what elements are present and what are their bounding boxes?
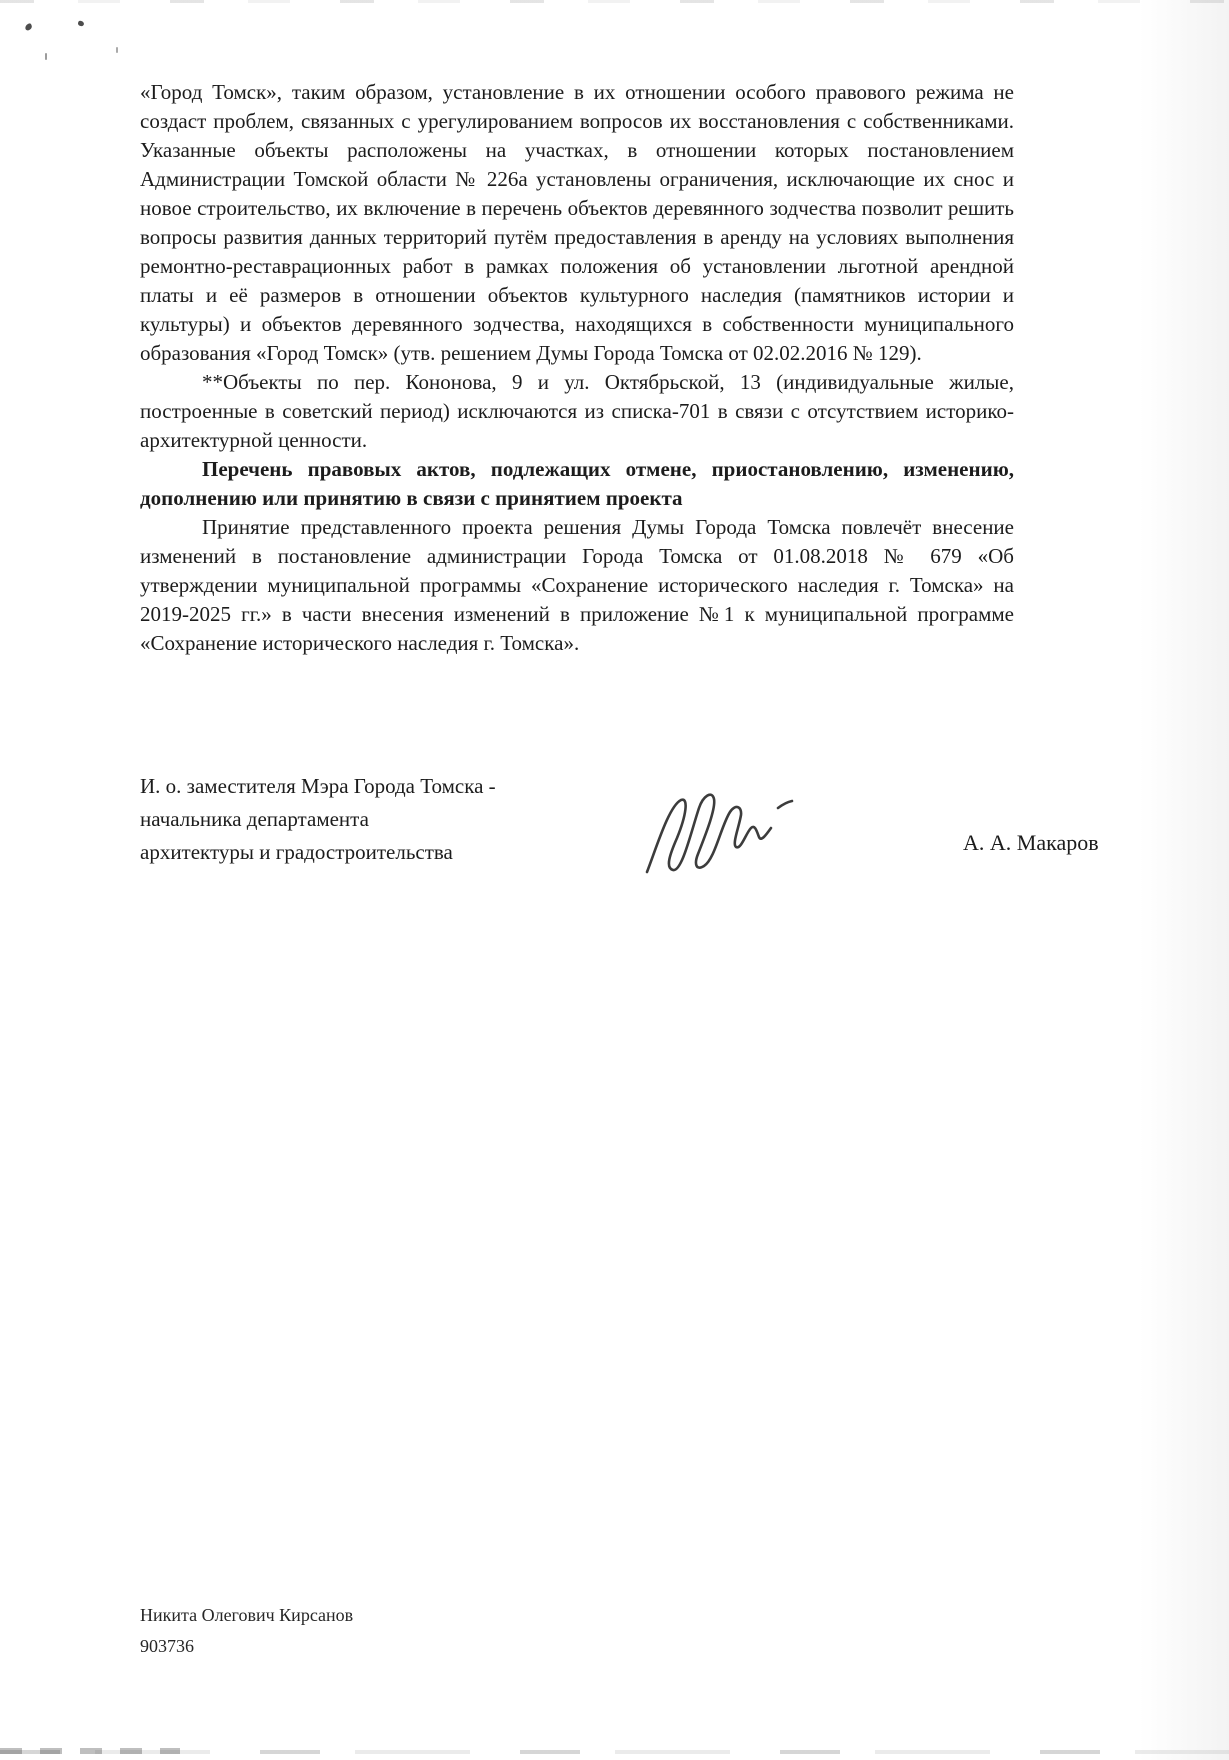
scan-artifact-speck xyxy=(116,47,118,53)
scan-artifact-speck xyxy=(45,53,47,60)
executor-phone: 903736 xyxy=(140,1631,353,1662)
scan-artifact-top-line xyxy=(0,0,1229,3)
scan-artifact-speck xyxy=(24,23,33,31)
signer-name: А. А. Макаров xyxy=(963,826,1099,859)
paragraph-footnote-objects: **Объекты по пер. Кононова, 9 и ул. Октя… xyxy=(140,368,1014,455)
signer-position-line: начальника департамента xyxy=(140,803,600,836)
signature-block: И. о. заместителя Мэра Города Томска - н… xyxy=(140,770,1120,890)
scanned-document-page: «Город Томск», таким образом, установлен… xyxy=(0,0,1229,1760)
paragraph-decision-effect: Принятие представленного проекта решения… xyxy=(140,513,1014,658)
signer-position-line: И. о. заместителя Мэра Города Томска - xyxy=(140,770,600,803)
signer-position-line: архитектуры и градостроительства xyxy=(140,836,600,869)
scan-artifact-speck xyxy=(77,20,84,26)
section-heading-legal-acts: Перечень правовых актов, подлежащих отме… xyxy=(140,455,1014,513)
scan-artifact-right-smudge xyxy=(1139,0,1229,1760)
scan-artifact-bottom-line xyxy=(0,1750,1229,1754)
paragraph-continuation: «Город Томск», таким образом, установлен… xyxy=(140,78,1014,368)
signer-position: И. о. заместителя Мэра Города Томска - н… xyxy=(140,770,600,869)
executor-name: Никита Олегович Кирсанов xyxy=(140,1600,353,1631)
scan-artifact-bottom-speck xyxy=(0,1748,180,1754)
handwritten-signature-icon xyxy=(635,784,810,879)
executor-footer: Никита Олегович Кирсанов 903736 xyxy=(140,1600,353,1662)
document-body: «Город Томск», таким образом, установлен… xyxy=(140,78,1014,658)
